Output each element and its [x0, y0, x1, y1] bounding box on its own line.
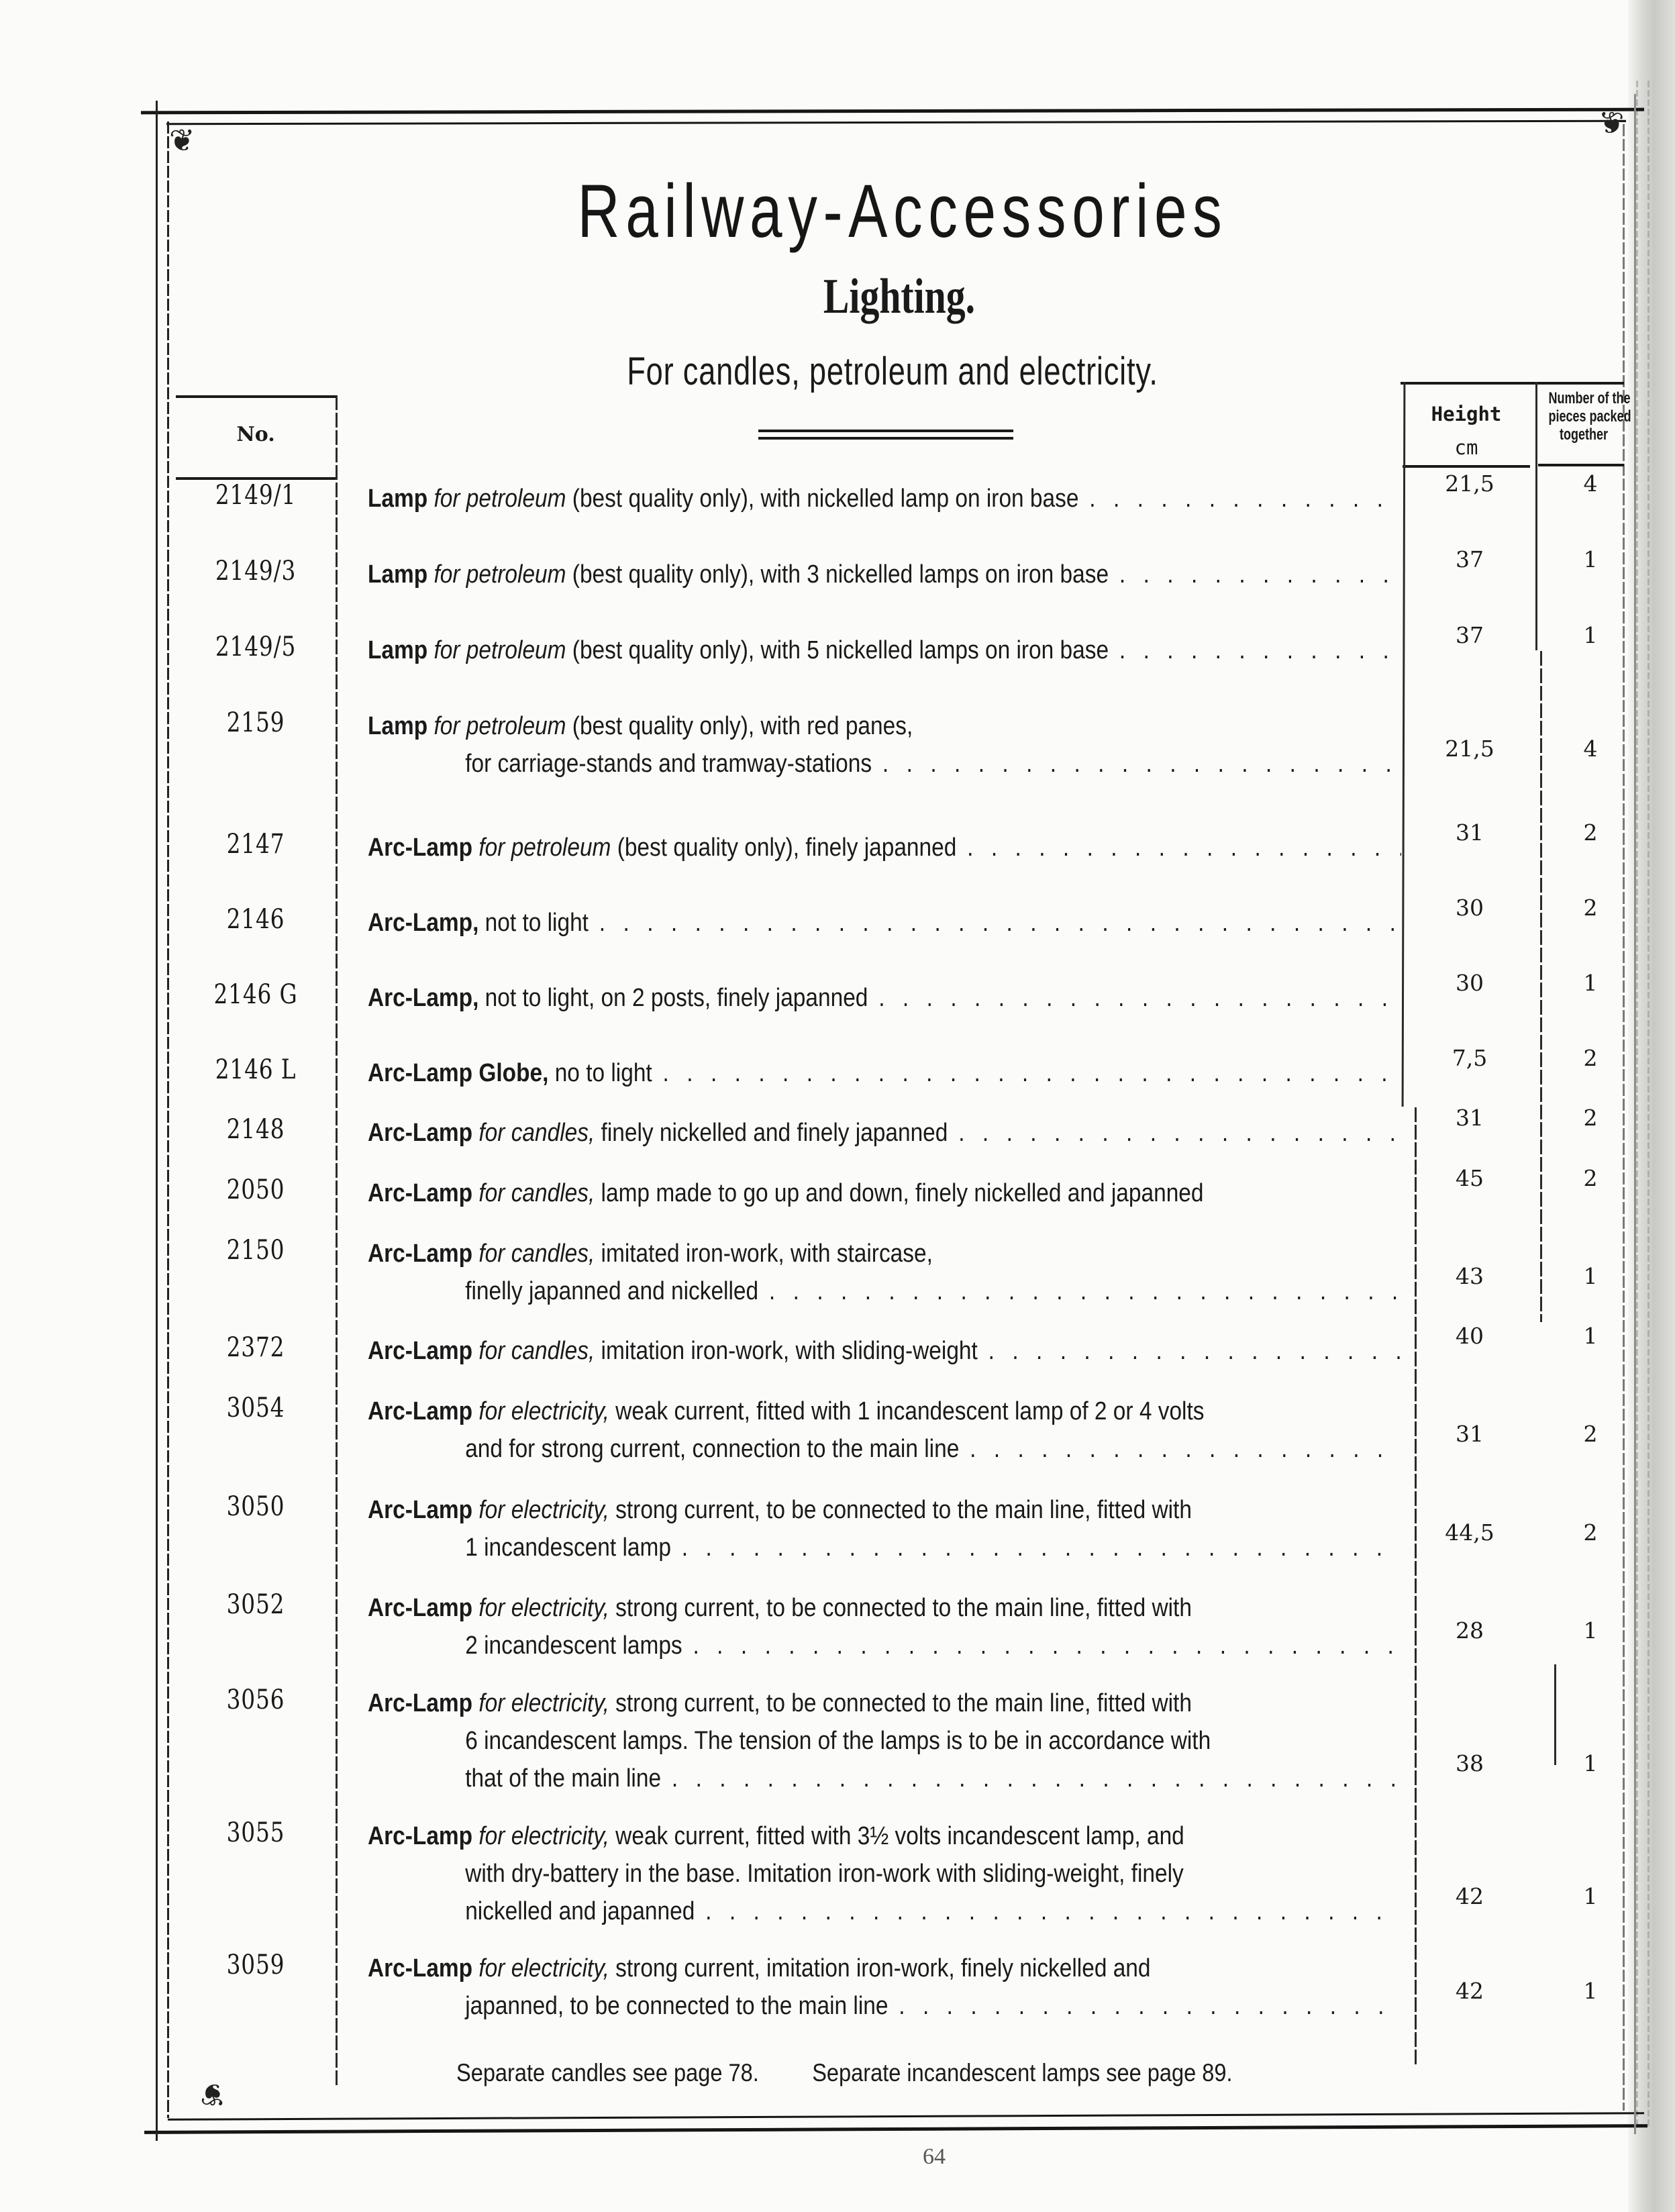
divider [758, 430, 1013, 432]
dot-leader: ........................................… [652, 1054, 1401, 1092]
item-number: 2149/5 [190, 632, 321, 662]
item-height-cm: 28 [1406, 1617, 1533, 1644]
item-description: Arc-Lamp for candles, imitation iron-wor… [368, 1332, 1401, 1370]
dot-leader: ........................................… [695, 1893, 1401, 1930]
description-line: Arc-Lamp Globe, no to light.............… [368, 1054, 1401, 1092]
description-line: nickelled and japanned..................… [368, 1893, 1401, 1930]
item-height-cm: 30 [1406, 970, 1533, 996]
item-pieces-packed: 1 [1543, 1883, 1637, 1909]
description-line: japanned, to be connected to the main li… [368, 1987, 1401, 2025]
item-description: Arc-Lamp for electricity, strong current… [368, 1950, 1401, 2025]
item-type: Lamp [368, 560, 427, 589]
description-line: that of the main line...................… [368, 1760, 1401, 1797]
fuel-type: for electricity, [478, 1594, 609, 1622]
item-type: Arc-Lamp [368, 1397, 472, 1425]
item-height-cm: 37 [1406, 622, 1533, 648]
fuel-type: for electricity, [478, 1496, 609, 1524]
description-line: Lamp for petroleum (best quality only), … [368, 632, 1401, 669]
fuel-type: for electricity, [478, 1689, 609, 1717]
corner-ornament-icon: ❦ [200, 2079, 226, 2110]
header-rule [1401, 382, 1624, 385]
description-line: Arc-Lamp for electricity, strong current… [368, 1950, 1401, 1987]
description-line: and for strong current, connection to th… [368, 1430, 1401, 1468]
item-pieces-packed: 1 [1543, 1323, 1637, 1349]
item-height-cm: 21,5 [1406, 470, 1533, 497]
item-number: 2148 [190, 1114, 321, 1145]
item-description: Lamp for petroleum (best quality only), … [368, 632, 1401, 669]
description-line: Arc-Lamp for candles, finely nickelled a… [368, 1114, 1401, 1152]
section-title: Lighting. [198, 268, 1601, 325]
dot-leader: ........................................… [589, 904, 1401, 942]
item-pieces-packed: 2 [1543, 1045, 1637, 1071]
item-description: Arc-Lamp for electricity, weak current, … [368, 1393, 1401, 1468]
item-pieces-packed: 2 [1543, 1421, 1637, 1447]
item-description: Lamp for petroleum (best quality only), … [368, 707, 1401, 783]
item-height-cm: 37 [1406, 546, 1533, 572]
item-number: 2159 [190, 707, 321, 738]
item-height-cm: 31 [1406, 819, 1533, 846]
corner-ornament-icon: ❦ [169, 125, 195, 156]
item-description: Arc-Lamp for electricity, strong current… [368, 1491, 1401, 1566]
fuel-type: for electricity, [478, 1822, 609, 1850]
dot-leader: ........................................… [956, 829, 1401, 866]
item-pieces-packed: 1 [1543, 1263, 1637, 1289]
frame-bottom-outer [144, 2124, 1647, 2134]
description-line: Arc-Lamp for electricity, strong current… [368, 1589, 1401, 1627]
column-divider [1535, 382, 1537, 650]
dot-leader: ........................................… [868, 979, 1401, 1017]
note-candles: Separate candles see page 78. [456, 2059, 759, 2087]
item-pieces-packed: 2 [1543, 1165, 1637, 1191]
column-divider [1402, 382, 1406, 1107]
item-number: 2146 G [190, 979, 321, 1010]
description-line: for carriage-stands and tramway-stations… [368, 745, 1401, 783]
item-description: Arc-Lamp for electricity, weak current, … [368, 1817, 1401, 1930]
item-number: 3054 [190, 1393, 321, 1423]
item-number: 3052 [190, 1589, 321, 1620]
item-type: Arc-Lamp Globe, [368, 1059, 548, 1087]
item-description: Lamp for petroleum (best quality only), … [368, 556, 1401, 593]
description-line: Arc-Lamp for candles, imitated iron-work… [368, 1235, 1401, 1272]
column-divider [1415, 1107, 1417, 2067]
pieces-label-line: together [1549, 425, 1619, 444]
gutter-rule [1636, 81, 1638, 2127]
item-number: 2149/3 [190, 556, 321, 587]
item-number: 2146 [190, 904, 321, 935]
description-line: finelly japanned and nickelled..........… [368, 1272, 1401, 1310]
frame-top-inner [166, 120, 1626, 125]
description-line: Lamp for petroleum (best quality only), … [368, 480, 1401, 517]
item-description: Arc-Lamp for candles, imitated iron-work… [368, 1235, 1401, 1310]
frame-bottom-inner [168, 2112, 1644, 2121]
dot-leader: ........................................… [1109, 556, 1401, 593]
item-number: 2147 [190, 829, 321, 860]
frame-left-outer [156, 101, 158, 2141]
item-number: 2150 [190, 1235, 321, 1266]
item-number: 3056 [190, 1685, 321, 1715]
item-height-cm: 42 [1406, 1978, 1533, 2004]
column-header-no: No. [176, 423, 336, 446]
fuel-type: for electricity, [478, 1954, 609, 1982]
description-line: Arc-Lamp, not to light..................… [368, 904, 1401, 942]
item-description: Arc-Lamp, not to light..................… [368, 904, 1401, 942]
item-type: Arc-Lamp [368, 1119, 472, 1147]
header-rule [1538, 464, 1624, 466]
dot-leader: ........................................… [758, 1272, 1401, 1310]
item-height-cm: 30 [1406, 895, 1533, 921]
item-type: Arc-Lamp [368, 1954, 472, 1982]
item-number: 2146 L [190, 1054, 321, 1085]
section-description: For candles, petroleum and electricity. [197, 349, 1589, 394]
item-number: 3050 [190, 1491, 321, 1522]
item-type: Lamp [368, 636, 427, 664]
description-line: Arc-Lamp, not to light, on 2 posts, fine… [368, 979, 1401, 1017]
item-height-cm: 31 [1406, 1105, 1533, 1131]
column-header-height: Height cm [1399, 397, 1533, 464]
fuel-type: for petroleum [478, 834, 611, 862]
item-type: Arc-Lamp [368, 1496, 472, 1524]
item-height-cm: 44,5 [1406, 1519, 1533, 1546]
item-type: Arc-Lamp [368, 834, 472, 862]
item-description: Lamp for petroleum (best quality only), … [368, 480, 1401, 517]
item-height-cm: 43 [1406, 1263, 1533, 1289]
item-number: 2149/1 [190, 480, 321, 511]
gutter-rule [1647, 81, 1649, 2127]
item-number: 2372 [190, 1332, 321, 1363]
description-line: 1 incandescent lamp.....................… [368, 1529, 1401, 1566]
dot-leader: ........................................… [661, 1760, 1401, 1797]
item-pieces-packed: 2 [1543, 819, 1637, 846]
fuel-type: for candles, [478, 1337, 595, 1365]
item-height-cm: 21,5 [1406, 736, 1533, 762]
fuel-type: for candles, [478, 1179, 595, 1207]
item-description: Arc-Lamp for candles, finely nickelled a… [368, 1114, 1401, 1152]
dot-leader: ........................................… [959, 1430, 1401, 1468]
dot-leader: ........................................… [978, 1332, 1401, 1370]
description-line: Lamp for petroleum (best quality only), … [368, 556, 1401, 593]
item-description: Arc-Lamp for candles, lamp made to go up… [368, 1174, 1401, 1212]
fuel-type: for petroleum [434, 712, 566, 740]
item-pieces-packed: 1 [1543, 546, 1637, 572]
item-description: Arc-Lamp Globe, no to light.............… [368, 1054, 1401, 1092]
item-pieces-packed: 1 [1543, 1978, 1637, 2004]
item-height-cm: 40 [1406, 1323, 1533, 1349]
item-height-cm: 38 [1406, 1750, 1533, 1776]
item-type: Lamp [368, 485, 427, 513]
fuel-type: for petroleum [434, 636, 566, 664]
description-line: with dry-battery in the base. Imitation … [368, 1855, 1401, 1893]
item-type: Arc-Lamp [368, 1337, 472, 1365]
header-rule [1403, 465, 1530, 468]
item-pieces-packed: 1 [1543, 970, 1637, 996]
frame-top-outer [141, 108, 1644, 115]
item-description: Arc-Lamp for electricity, strong current… [368, 1589, 1401, 1664]
fuel-type: for electricity, [478, 1397, 609, 1425]
item-height-cm: 45 [1406, 1165, 1533, 1191]
dot-leader: ........................................… [682, 1627, 1401, 1664]
description-line: Arc-Lamp for electricity, weak current, … [368, 1393, 1401, 1430]
column-divider [1540, 651, 1542, 1322]
item-type: Arc-Lamp [368, 1822, 472, 1850]
item-type: Arc-Lamp [368, 1240, 472, 1268]
description-line: Arc-Lamp for electricity, strong current… [368, 1491, 1401, 1529]
fuel-type: for candles, [478, 1240, 595, 1268]
item-pieces-packed: 2 [1543, 1105, 1637, 1131]
dot-leader: ........................................… [1109, 632, 1401, 669]
description-line: Arc-Lamp for petroleum (best quality onl… [368, 829, 1401, 866]
item-number: 3059 [190, 1950, 321, 1980]
item-description: Arc-Lamp for electricity, strong current… [368, 1685, 1401, 1797]
footnote: Separate candles see page 78. Separate i… [456, 2059, 1519, 2087]
description-line: 6 incandescent lamps. The tension of the… [368, 1722, 1401, 1760]
item-number: 2050 [190, 1174, 321, 1205]
height-unit: cm [1399, 431, 1533, 464]
note-incandescent-lamps: Separate incandescent lamps see page 89. [812, 2059, 1232, 2087]
dot-leader: ........................................… [671, 1529, 1401, 1566]
page-number: 64 [923, 2144, 946, 2170]
item-height-cm: 42 [1406, 1883, 1533, 1909]
item-pieces-packed: 4 [1543, 470, 1637, 497]
item-type: Lamp [368, 712, 427, 740]
fuel-type: for candles, [478, 1119, 595, 1147]
header-rule [176, 395, 336, 398]
column-header-pieces: Number of the pieces packed together [1549, 389, 1619, 444]
pieces-label-line: Number of the [1549, 389, 1619, 407]
divider [758, 437, 1013, 440]
pieces-label-line: pieces packed [1549, 407, 1619, 425]
column-divider [336, 395, 338, 2087]
item-type: Arc-Lamp [368, 1179, 472, 1207]
item-type: Arc-Lamp [368, 1594, 472, 1622]
corner-ornament-icon: ❦ [1598, 107, 1625, 138]
item-number: 3055 [190, 1817, 321, 1848]
item-pieces-packed: 4 [1543, 736, 1637, 762]
description-line: Lamp for petroleum (best quality only), … [368, 707, 1401, 745]
item-pieces-packed: 1 [1543, 622, 1637, 648]
item-description: Arc-Lamp for petroleum (best quality onl… [368, 829, 1401, 866]
item-type: Arc-Lamp, [368, 984, 478, 1012]
description-line: Arc-Lamp for electricity, weak current, … [368, 1817, 1401, 1855]
description-line: 2 incandescent lamps....................… [368, 1627, 1401, 1664]
item-height-cm: 7,5 [1406, 1045, 1533, 1071]
item-type: Arc-Lamp, [368, 909, 478, 937]
item-type: Arc-Lamp [368, 1689, 472, 1717]
item-height-cm: 31 [1406, 1421, 1533, 1447]
fuel-type: for petroleum [434, 485, 566, 513]
page-title: Railway-Accessories [199, 168, 1607, 254]
height-label: Height [1399, 397, 1533, 431]
item-pieces-packed: 1 [1543, 1617, 1637, 1644]
item-description: Arc-Lamp, not to light, on 2 posts, fine… [368, 979, 1401, 1017]
dot-leader: ........................................… [948, 1114, 1401, 1152]
item-pieces-packed: 2 [1543, 1519, 1637, 1546]
fuel-type: for petroleum [434, 560, 566, 589]
dot-leader: ........................................… [1078, 480, 1401, 517]
description-line: Arc-Lamp for candles, imitation iron-wor… [368, 1332, 1401, 1370]
item-pieces-packed: 1 [1543, 1750, 1637, 1776]
frame-left-inner [167, 121, 169, 2118]
dot-leader: ........................................… [888, 1987, 1401, 2025]
description-line: Arc-Lamp for candles, lamp made to go up… [368, 1174, 1401, 1212]
description-line: Arc-Lamp for electricity, strong current… [368, 1685, 1401, 1722]
dot-leader: ........................................… [872, 745, 1401, 783]
item-pieces-packed: 2 [1543, 895, 1637, 921]
